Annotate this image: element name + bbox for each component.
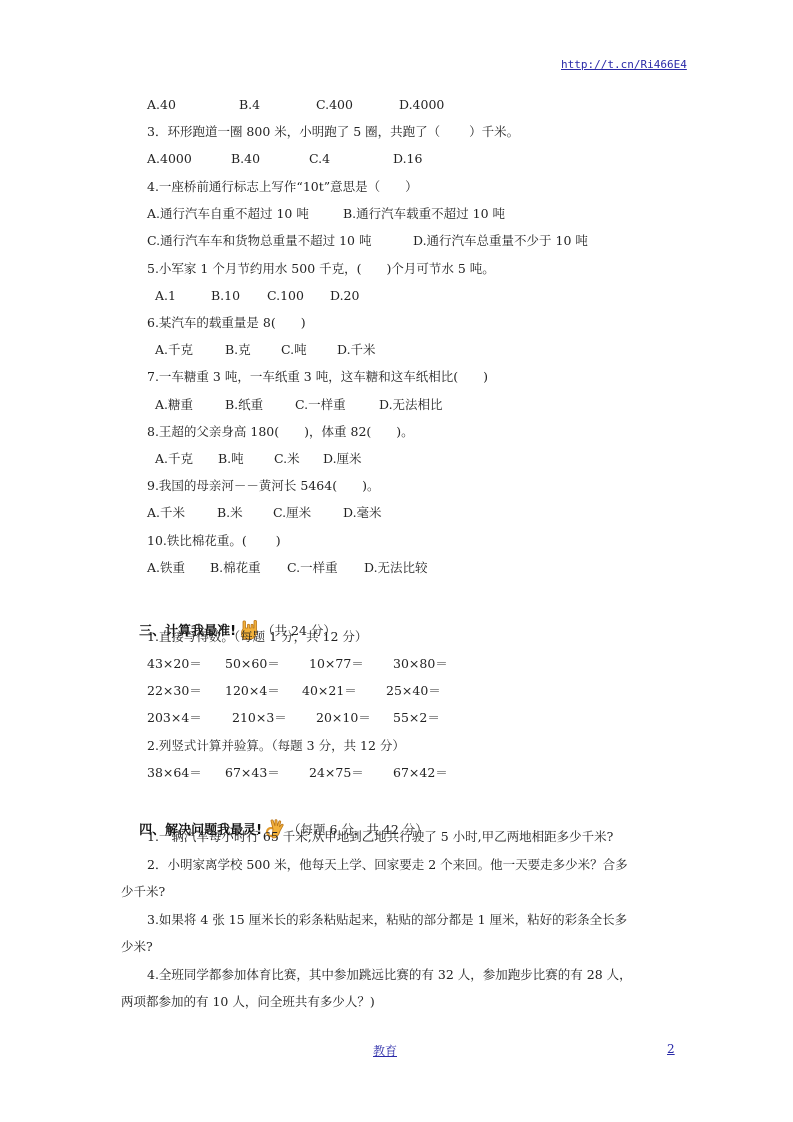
s4-q3-text-line1: 3.如果将 4 张 15 厘米长的彩条粘贴起来，粘贴的部分都是 1 厘米，粘好的… bbox=[147, 912, 627, 928]
q8-text: 8.王超的父亲身高 180( )，体重 82( )。 bbox=[147, 424, 414, 440]
s4-q4-text-line1: 4.全班同学都参加体育比赛，其中参加跳远比赛的有 32 人，参加跑步比赛的有 2… bbox=[147, 967, 632, 983]
calc-item: 67×42＝ bbox=[393, 765, 448, 781]
q7-option-b: B.纸重 bbox=[225, 397, 263, 413]
q9-option-c: C.厘米 bbox=[273, 505, 311, 521]
s4-q1-text: 1.一辆汽车每小时行 65 千米,从甲地到乙地共行驶了 5 小时,甲乙两地相距多… bbox=[147, 829, 613, 845]
calc-item: 67×43＝ bbox=[225, 765, 280, 781]
q6-text: 6.某汽车的载重量是 8( ) bbox=[147, 315, 306, 331]
page-number: 2 bbox=[667, 1042, 675, 1056]
q4-option-c: C.通行汽车车和货物总重量不超过 10 吨 bbox=[147, 233, 371, 249]
calc-item: 55×2＝ bbox=[393, 710, 440, 726]
q3-text: 3．环形跑道一圈 800 米，小明跑了 5 圈，共跑了（ ）千米。 bbox=[147, 124, 519, 140]
q6-option-d: D.千米 bbox=[337, 342, 376, 358]
q4-option-b: B.通行汽车载重不超过 10 吨 bbox=[343, 206, 505, 222]
calc-item: 120×4＝ bbox=[225, 683, 280, 699]
q2-option-a: A.40 bbox=[147, 97, 176, 113]
calc-item: 50×60＝ bbox=[225, 656, 280, 672]
calc-item: 38×64＝ bbox=[147, 765, 202, 781]
q4-text: 4.一座桥前通行标志上写作“10t”意思是（ ） bbox=[147, 179, 418, 195]
q6-option-a: A.千克 bbox=[155, 342, 193, 358]
q3-option-c: C.4 bbox=[309, 151, 330, 167]
calc-item: 25×40＝ bbox=[386, 683, 441, 699]
calc-item: 20×10＝ bbox=[316, 710, 371, 726]
q10-option-c: C.一样重 bbox=[287, 560, 338, 576]
q2-option-d: D.4000 bbox=[399, 97, 444, 113]
footer-link[interactable]: 教育 bbox=[373, 1042, 397, 1059]
q10-option-d: D.无法比较 bbox=[364, 560, 428, 576]
calc-item: 22×30＝ bbox=[147, 683, 202, 699]
s4-q4-text-line2: 两项都参加的有 10 人，问全班共有多少人？) bbox=[121, 994, 375, 1010]
q4-option-a: A.通行汽车自重不超过 10 吨 bbox=[147, 206, 309, 222]
q5-text: 5.小军家 1 个月节约用水 500 千克，( )个月可节水 5 吨。 bbox=[147, 261, 495, 277]
q5-option-d: D.20 bbox=[330, 288, 359, 304]
q7-option-c: C.一样重 bbox=[295, 397, 346, 413]
q9-text: 9.我国的母亲河－－黄河长 5464( )。 bbox=[147, 478, 379, 494]
q3-option-d: D.16 bbox=[393, 151, 422, 167]
q3-option-b: B.40 bbox=[231, 151, 260, 167]
q8-option-c: C.米 bbox=[274, 451, 300, 467]
q3-option-a: A.4000 bbox=[147, 151, 192, 167]
q6-option-c: C.吨 bbox=[281, 342, 307, 358]
calc-item: 43×20＝ bbox=[147, 656, 202, 672]
q9-option-a: A.千米 bbox=[147, 505, 185, 521]
s4-q2-text-line2: 少千米? bbox=[121, 884, 165, 900]
q5-option-b: B.10 bbox=[211, 288, 240, 304]
q10-option-a: A.铁重 bbox=[147, 560, 185, 576]
q8-option-b: B.吨 bbox=[218, 451, 244, 467]
calc-item: 40×21＝ bbox=[302, 683, 357, 699]
q7-text: 7.一车糖重 3 吨，一车纸重 3 吨，这车糖和这车纸相比( ) bbox=[147, 369, 488, 385]
q10-text: 10.铁比棉花重。( ) bbox=[147, 533, 281, 549]
calc-item: 210×3＝ bbox=[232, 710, 287, 726]
q9-option-d: D.毫米 bbox=[343, 505, 382, 521]
calc-item: 203×4＝ bbox=[147, 710, 202, 726]
document-page: http://t.cn/Ri466E4 A.40 B.4 C.400 D.400… bbox=[0, 0, 793, 1122]
section3-sub2: 2.列竖式计算并验算。（每题 3 分，共 12 分） bbox=[147, 738, 405, 754]
q5-option-a: A.1 bbox=[155, 288, 176, 304]
s4-q2-text-line1: 2．小明家离学校 500 米，他每天上学、回家要走 2 个来回。他一天要走多少米… bbox=[147, 857, 628, 873]
q9-option-b: B.米 bbox=[217, 505, 243, 521]
q7-option-d: D.无法相比 bbox=[379, 397, 443, 413]
q8-option-a: A.千克 bbox=[155, 451, 193, 467]
s4-q3-text-line2: 少米? bbox=[121, 939, 153, 955]
q6-option-b: B.克 bbox=[225, 342, 251, 358]
calc-item: 30×80＝ bbox=[393, 656, 448, 672]
section3-sub1: 1.直接写得数。（每题 1 分，共 12 分） bbox=[147, 629, 367, 645]
q2-option-b: B.4 bbox=[239, 97, 260, 113]
q7-option-a: A.糖重 bbox=[155, 397, 193, 413]
q2-option-c: C.400 bbox=[316, 97, 353, 113]
header-link[interactable]: http://t.cn/Ri466E4 bbox=[561, 58, 687, 71]
q8-option-d: D.厘米 bbox=[323, 451, 362, 467]
q4-option-d: D.通行汽车总重量不少于 10 吨 bbox=[413, 233, 588, 249]
calc-item: 10×77＝ bbox=[309, 656, 364, 672]
q5-option-c: C.100 bbox=[267, 288, 304, 304]
calc-item: 24×75＝ bbox=[309, 765, 364, 781]
q10-option-b: B.棉花重 bbox=[210, 560, 261, 576]
